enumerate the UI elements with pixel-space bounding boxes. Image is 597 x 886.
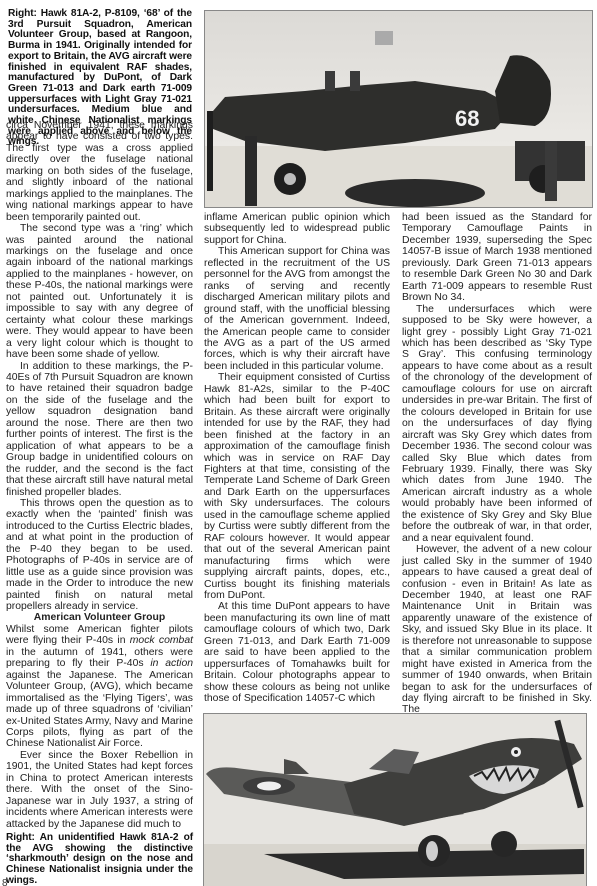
- section-heading-avg: American Volunteer Group: [6, 612, 193, 623]
- column-1: circa November 1941, these markings appe…: [6, 120, 193, 830]
- col1-paragraph-5: Whilst some American fighter pilots were…: [6, 624, 193, 750]
- column-3: had been issued as the Standard for Temp…: [402, 212, 592, 716]
- col3-paragraph-1: had been issued as the Standard for Temp…: [402, 212, 592, 304]
- column-2: inflame American public opinion which su…: [204, 212, 390, 704]
- col2-paragraph-4: At this time DuPont appears to have been…: [204, 601, 390, 704]
- col1-paragraph-2: The second type was a ‘ring’ which was p…: [6, 223, 193, 360]
- bottom-photo-caption: Right: An unidentified Hawk 81A-2 of the…: [6, 833, 193, 886]
- photo-hawk-68: 68: [204, 10, 593, 208]
- col1-paragraph-3: In addition to these markings, the P-40E…: [6, 361, 193, 498]
- col3-paragraph-2: The undersurfaces which were supposed to…: [402, 304, 592, 545]
- col2-paragraph-3: Their equipment consisted of Curtiss Haw…: [204, 372, 390, 601]
- col1-paragraph-4: This throws open the question as to exac…: [6, 498, 193, 613]
- col2-paragraph-1: inflame American public opinion which su…: [204, 212, 390, 246]
- col3-paragraph-3: However, the advent of a new colour just…: [402, 544, 592, 716]
- aircraft-photo-illustration: 68: [205, 11, 592, 207]
- photo-hawk-sharkmouth: [203, 713, 587, 886]
- col2-paragraph-2: This American support for China was refl…: [204, 246, 390, 372]
- aircraft-photo-illustration: [204, 714, 586, 886]
- col1-paragraph-1: circa November 1941, these markings appe…: [6, 120, 193, 223]
- col1-paragraph-6: Ever since the Boxer Rebellion in 1901, …: [6, 750, 193, 830]
- page-number: 8: [2, 878, 8, 886]
- fuselage-number: 68: [455, 106, 479, 131]
